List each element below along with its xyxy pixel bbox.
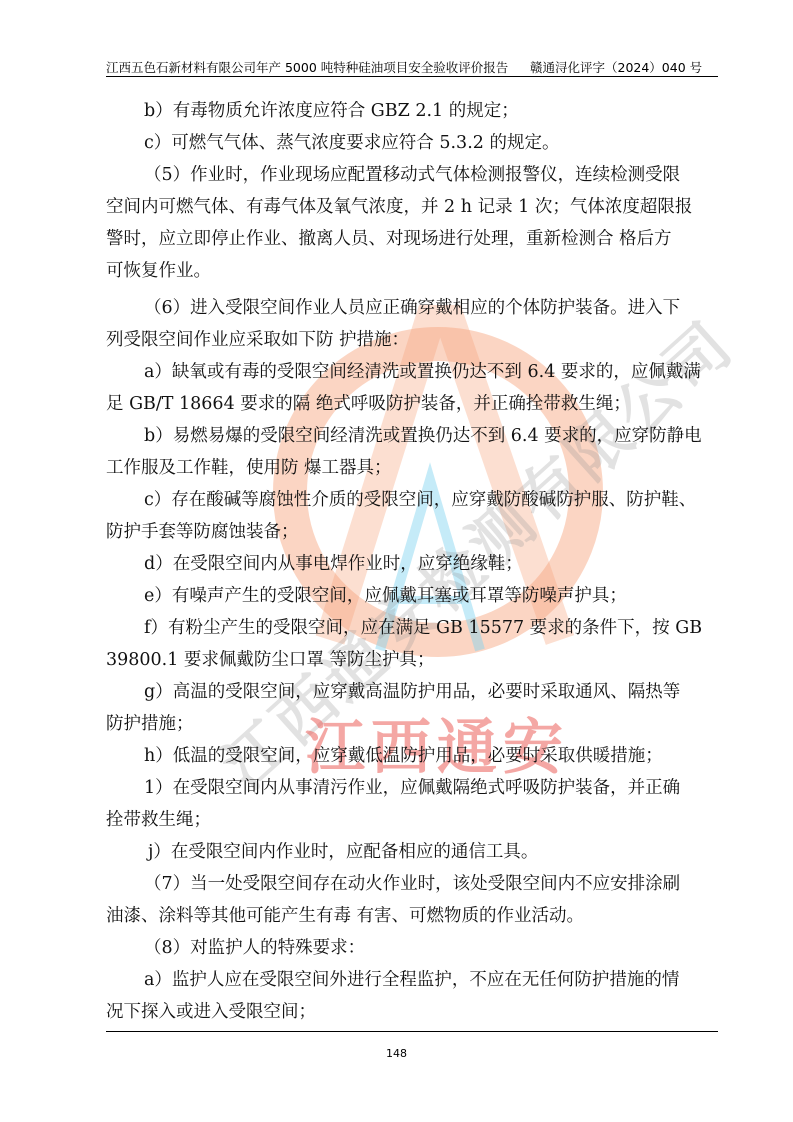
text-line: f）有粉尘产生的受限空间，应在满足 GB 15577 要求的条件下，按 GB xyxy=(144,612,702,644)
text-line: （6）进入受限空间作业人员应正确穿戴相应的个体防护装备。进入下 xyxy=(144,292,680,324)
text-line: （7）当一处受限空间存在动火作业时，该处受限空间内不应安排涂刷 xyxy=(144,868,680,900)
text-line: b）有毒物质允许浓度应符合 GBZ 2.1 的规定； xyxy=(144,95,519,127)
page-number: 148 xyxy=(0,1047,793,1060)
text-line: 况下探入或进入受限空间； xyxy=(106,996,316,1028)
text-line: 工作服及工作鞋，使用防 爆工器具； xyxy=(106,452,392,484)
text-line: （5）作业时，作业现场应配置移动式气体检测报警仪，连续检测受限 xyxy=(144,159,680,191)
text-line: 防护手套等防腐蚀装备； xyxy=(106,516,299,548)
text-line: a）监护人应在受限空间外进行全程监护，不应在无任何防护措施的情 xyxy=(144,964,679,996)
text-line: a）缺氧或有毒的受限空间经清洗或置换仍达不到 6.4 要求的，应佩戴满 xyxy=(144,356,701,388)
document-page: 江西五色石新材料有限公司年产 5000 吨特种硅油项目安全验收评价报告 赣通浔化… xyxy=(0,0,793,1122)
text-line: 拴带救生绳； xyxy=(106,804,211,836)
text-line: h）低温的受限空间，应穿戴低温防护用品，必要时采取供暖措施； xyxy=(144,740,663,772)
text-line: g）高温的受限空间，应穿戴高温防护用品，必要时采取通风、隔热等 xyxy=(144,676,680,708)
text-line: b）易燃易爆的受限空间经清洗或置换仍达不到 6.4 要求的，应穿防静电 xyxy=(144,420,702,452)
text-line: 空间内可燃气体、有毒气体及氧气浓度，并 2 h 记录 1 次；气体浓度超限报 xyxy=(106,191,692,223)
text-line: d）在受限空间内从事电焊作业时，应穿绝缘鞋； xyxy=(144,548,523,580)
text-line: 防护措施； xyxy=(106,708,194,740)
text-line: e）有噪声产生的受限空间，应佩戴耳塞或耳罩等防噪声护具； xyxy=(144,580,627,612)
text-line: 1）在受限空间内从事清污作业，应佩戴隔绝式呼吸防护装备，并正确 xyxy=(144,772,680,804)
text-line: c）可燃气气体、蒸气浓度要求应符合 5.3.2 的规定。 xyxy=(144,127,559,159)
footer-divider xyxy=(106,1031,718,1032)
text-line: 可恢复作业。 xyxy=(106,255,211,287)
page-header: 江西五色石新材料有限公司年产 5000 吨特种硅油项目安全验收评价报告 赣通浔化… xyxy=(106,60,718,77)
report-number: 赣通浔化评字（2024）040 号 xyxy=(530,60,702,76)
text-line: （8）对监护人的特殊要求： xyxy=(144,932,365,964)
text-line: c）存在酸碱等腐蚀性介质的受限空间，应穿戴防酸碱防护服、防护鞋、 xyxy=(144,484,696,516)
text-line: 足 GB/T 18664 要求的隔 绝式呼吸防护装备，并正确拴带救生绳； xyxy=(106,388,631,420)
text-line: 警时，应立即停止作业、撤离人员、对现场进行处理，重新检测合 格后方 xyxy=(106,223,672,255)
report-title: 江西五色石新材料有限公司年产 5000 吨特种硅油项目安全验收评价报告 xyxy=(106,60,508,76)
text-line: j）在受限空间内作业时，应配备相应的通信工具。 xyxy=(148,836,538,868)
text-line: 列受限空间作业应采取如下防 护措施： xyxy=(106,324,409,356)
text-line: 油漆、涂料等其他可能产生有毒 有害、可燃物质的作业活动。 xyxy=(106,900,584,932)
text-line: 39800.1 要求佩戴防尘口罩 等防尘护具； xyxy=(106,644,435,676)
